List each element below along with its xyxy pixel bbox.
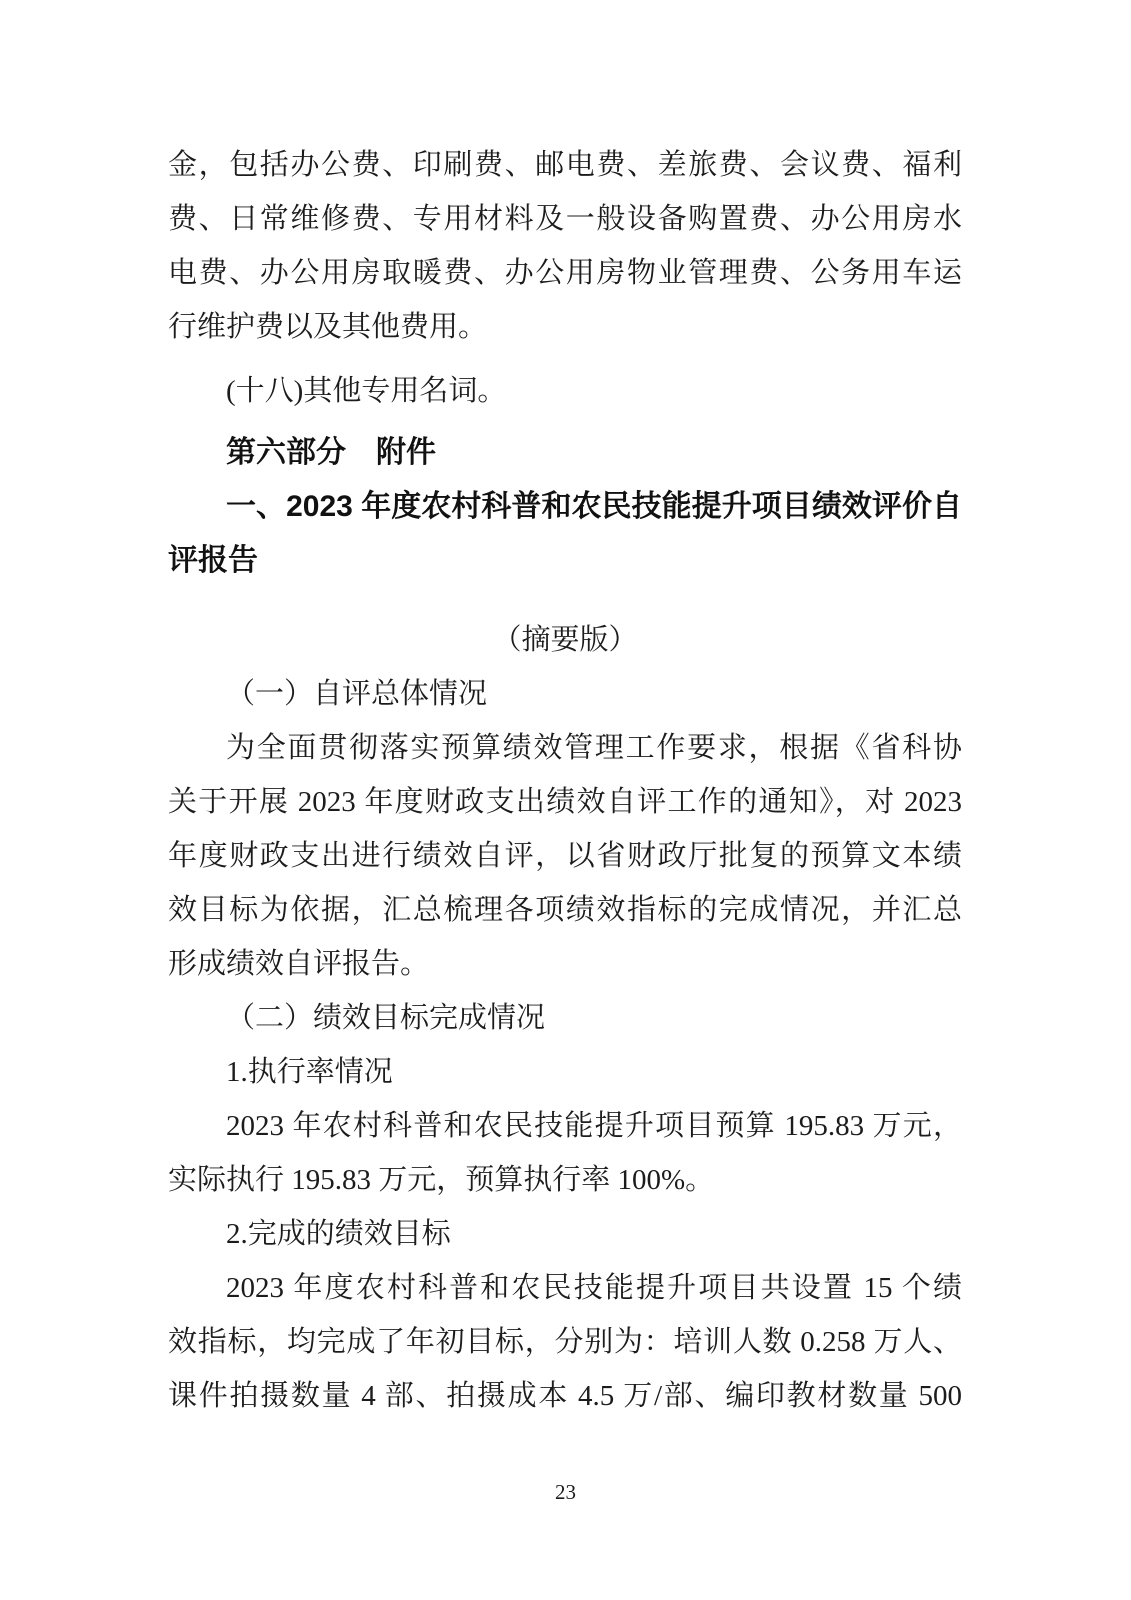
- subsection-one-heading: 1.执行率情况: [168, 1045, 962, 1099]
- paragraph-line: 2023 年农村科普和农民技能提升项目预算 195.83 万元，: [168, 1099, 962, 1153]
- paragraph-line: 行维护费以及其他费用。: [168, 300, 962, 354]
- paragraph-line: 关于开展 2023 年度财政支出绩效自评工作的通知》，对 2023: [168, 775, 962, 829]
- paragraph-line: 形成绩效自评报告。: [168, 937, 962, 991]
- paragraph-line: 效目标为依据，汇总梳理各项绩效指标的完成情况，并汇总: [168, 883, 962, 937]
- paragraph-line: 年度财政支出进行绩效自评，以省财政厅批复的预算文本绩: [168, 829, 962, 883]
- paragraph-line: 课件拍摄数量 4 部、拍摄成本 4.5 万/部、编印教材数量 500: [168, 1369, 962, 1423]
- attachment-title-line: 一、2023 年度农村科普和农民技能提升项目绩效评价自: [168, 480, 962, 534]
- paragraph-line: 效指标，均完成了年初目标，分别为：培训人数 0.258 万人、: [168, 1315, 962, 1369]
- part-six-heading: 第六部分 附件: [168, 426, 962, 480]
- subsection-two-heading: 2.完成的绩效目标: [168, 1207, 962, 1261]
- section-one-heading: （一）自评总体情况: [168, 667, 962, 721]
- page-number: 23: [0, 1480, 1131, 1505]
- paragraph-line: 实际执行 195.83 万元，预算执行率 100%。: [168, 1153, 962, 1207]
- document-body: 金，包括办公费、印刷费、邮电费、差旅费、会议费、福利 费、日常维修费、专用材料及…: [168, 138, 962, 1423]
- list-item-eighteen: (十八)其他专用名词。: [168, 364, 962, 418]
- attachment-title-line: 评报告: [168, 534, 962, 588]
- document-page: 金，包括办公费、印刷费、邮电费、差旅费、会议费、福利 费、日常维修费、专用材料及…: [0, 0, 1131, 1600]
- paragraph-line: 2023 年度农村科普和农民技能提升项目共设置 15 个绩: [168, 1261, 962, 1315]
- paragraph-line: 为全面贯彻落实预算绩效管理工作要求，根据《省科协: [168, 721, 962, 775]
- summary-version-label: （摘要版）: [168, 613, 962, 667]
- paragraph-line: 电费、办公用房取暖费、办公用房物业管理费、公务用车运: [168, 246, 962, 300]
- section-two-heading: （二）绩效目标完成情况: [168, 991, 962, 1045]
- paragraph-line: 金，包括办公费、印刷费、邮电费、差旅费、会议费、福利: [168, 138, 962, 192]
- paragraph-line: 费、日常维修费、专用材料及一般设备购置费、办公用房水: [168, 192, 962, 246]
